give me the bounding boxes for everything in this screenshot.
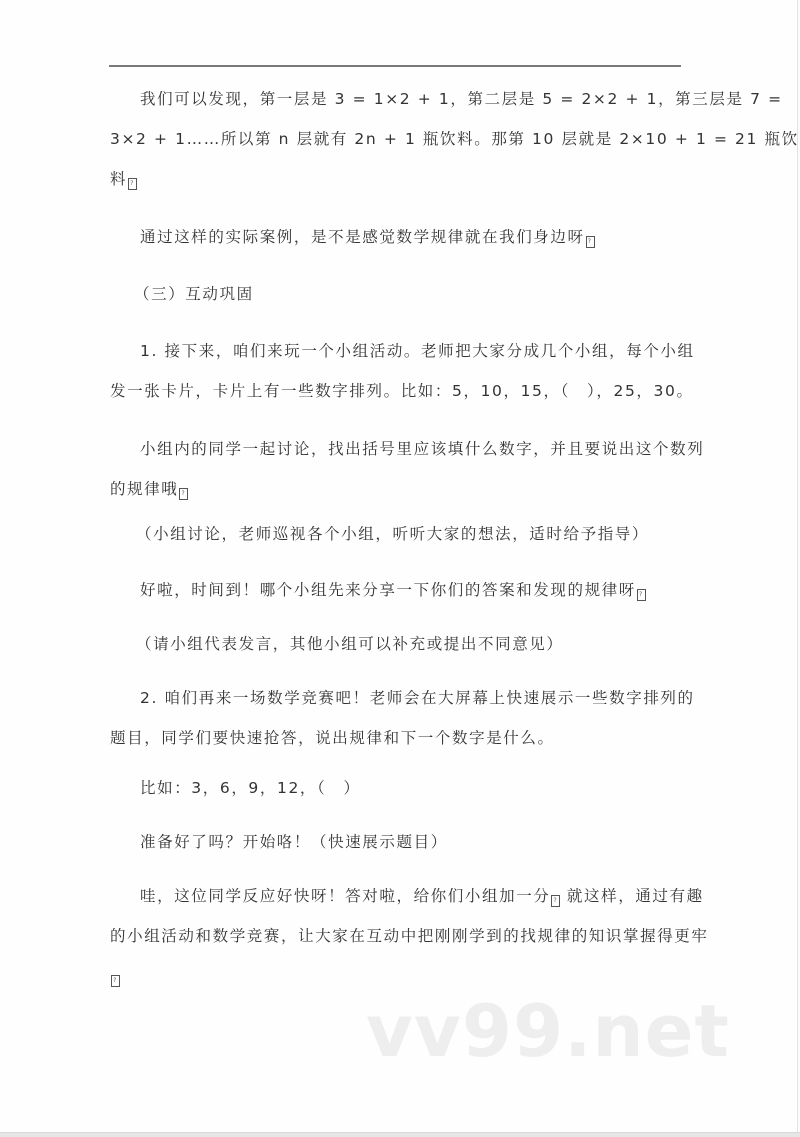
paragraph-example-sequence: 比如：3，6，9，12，（ ） xyxy=(110,768,682,808)
paragraph-item-2: 2. 咱们再来一场数学竞赛吧！老师会在大屏幕上快速展示一些数字排列的 题目，同学… xyxy=(110,678,682,758)
missing-glyph-icon: ? xyxy=(179,488,188,500)
watermark: vv99.net xyxy=(366,995,730,1067)
stage-direction-teacher-guidance: （小组讨论，老师巡视各个小组，听听大家的想法，适时给予指导） xyxy=(110,514,682,554)
header-rule xyxy=(109,65,681,67)
paragraph-group-discussion: 小组内的同学一起讨论，找出括号里应该填什么数字，并且要说出这个数列 的规律哦? xyxy=(110,429,682,509)
paragraph-layer-pattern: 我们可以发现，第一层是 3 = 1×2 + 1，第二层是 5 = 2×2 + 1… xyxy=(110,79,682,199)
text-line: 小组内的同学一起讨论，找出括号里应该填什么数字，并且要说出这个数列 xyxy=(110,429,682,469)
text-line: 题目，同学们要快速抢答，说出规律和下一个数字是什么。 xyxy=(110,718,682,758)
page-bottom-edge xyxy=(0,1132,800,1137)
text-fragment: 料 xyxy=(110,170,127,188)
paragraph-ready: 准备好了吗？开始咯！（快速展示题目） xyxy=(110,822,682,862)
stage-direction-group-report: （请小组代表发言，其他小组可以补充或提出不同意见） xyxy=(110,624,682,664)
heading-text: （三）互动巩固 xyxy=(110,274,682,314)
text-line: 的规律哦? xyxy=(110,469,682,509)
text-line: （请小组代表发言，其他小组可以补充或提出不同意见） xyxy=(110,624,682,664)
missing-glyph-icon: ? xyxy=(111,975,120,987)
text-line: 料? xyxy=(110,159,682,199)
text-fragment: 好啦，时间到！哪个小组先来分享一下你们的答案和发现的规律呀 xyxy=(140,581,636,599)
text-line: 哇，这位同学反应好快呀！答对啦，给你们小组加一分? 就这样，通过有趣 xyxy=(110,876,682,916)
missing-glyph-icon: ? xyxy=(637,589,646,601)
text-fragment: 的规律哦 xyxy=(110,480,178,498)
paragraph-item-1: 1. 接下来，咱们来玩一个小组活动。老师把大家分成几个小组，每个小组 发一张卡片… xyxy=(110,331,682,411)
text-fragment: 就这样，通过有趣 xyxy=(560,887,703,905)
text-fragment: 通过这样的实际案例，是不是感觉数学规律就在我们身边呀 xyxy=(140,228,585,246)
missing-glyph-icon: ? xyxy=(586,236,595,248)
text-line: 发一张卡片，卡片上有一些数字排列。比如：5，10，15，（ ），25，30。 xyxy=(110,371,682,411)
text-line: 准备好了吗？开始咯！（快速展示题目） xyxy=(110,822,682,862)
missing-glyph-icon: ? xyxy=(128,178,137,190)
paragraph-real-example: 通过这样的实际案例，是不是感觉数学规律就在我们身边呀? xyxy=(110,217,682,257)
text-line: 3×2 + 1……所以第 n 层就有 2n + 1 瓶饮料。那第 10 层就是 … xyxy=(110,119,682,159)
paragraph-closing: 哇，这位同学反应好快呀！答对啦，给你们小组加一分? 就这样，通过有趣 的小组活动… xyxy=(110,876,682,996)
section-heading: （三）互动巩固 xyxy=(110,274,682,314)
document-page: 我们可以发现，第一层是 3 = 1×2 + 1，第二层是 5 = 2×2 + 1… xyxy=(0,0,798,1132)
text-line: 的小组活动和数学竞赛，让大家在互动中把刚刚学到的找规律的知识掌握得更牢 xyxy=(110,916,682,956)
text-line: 2. 咱们再来一场数学竞赛吧！老师会在大屏幕上快速展示一些数字排列的 xyxy=(110,678,682,718)
text-line: （小组讨论，老师巡视各个小组，听听大家的想法，适时给予指导） xyxy=(110,514,682,554)
text-line: 好啦，时间到！哪个小组先来分享一下你们的答案和发现的规律呀? xyxy=(110,570,682,610)
text-line: 通过这样的实际案例，是不是感觉数学规律就在我们身边呀? xyxy=(110,217,682,257)
text-line: 比如：3，6，9，12，（ ） xyxy=(110,768,682,808)
text-line: 1. 接下来，咱们来玩一个小组活动。老师把大家分成几个小组，每个小组 xyxy=(110,331,682,371)
text-fragment: 哇，这位同学反应好快呀！答对啦，给你们小组加一分 xyxy=(140,887,550,905)
paragraph-time-up: 好啦，时间到！哪个小组先来分享一下你们的答案和发现的规律呀? xyxy=(110,570,682,610)
text-line: 我们可以发现，第一层是 3 = 1×2 + 1，第二层是 5 = 2×2 + 1… xyxy=(110,79,682,119)
